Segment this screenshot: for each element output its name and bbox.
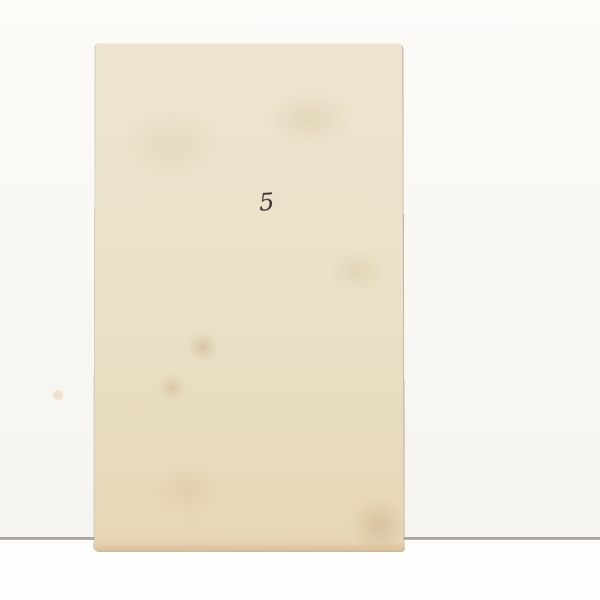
wall-spot [53, 390, 63, 400]
card-bottom-edge [94, 541, 404, 551]
photo-scene: 5 [0, 0, 600, 600]
aged-card: 5 [94, 43, 404, 551]
handwritten-number: 5 [258, 188, 275, 217]
